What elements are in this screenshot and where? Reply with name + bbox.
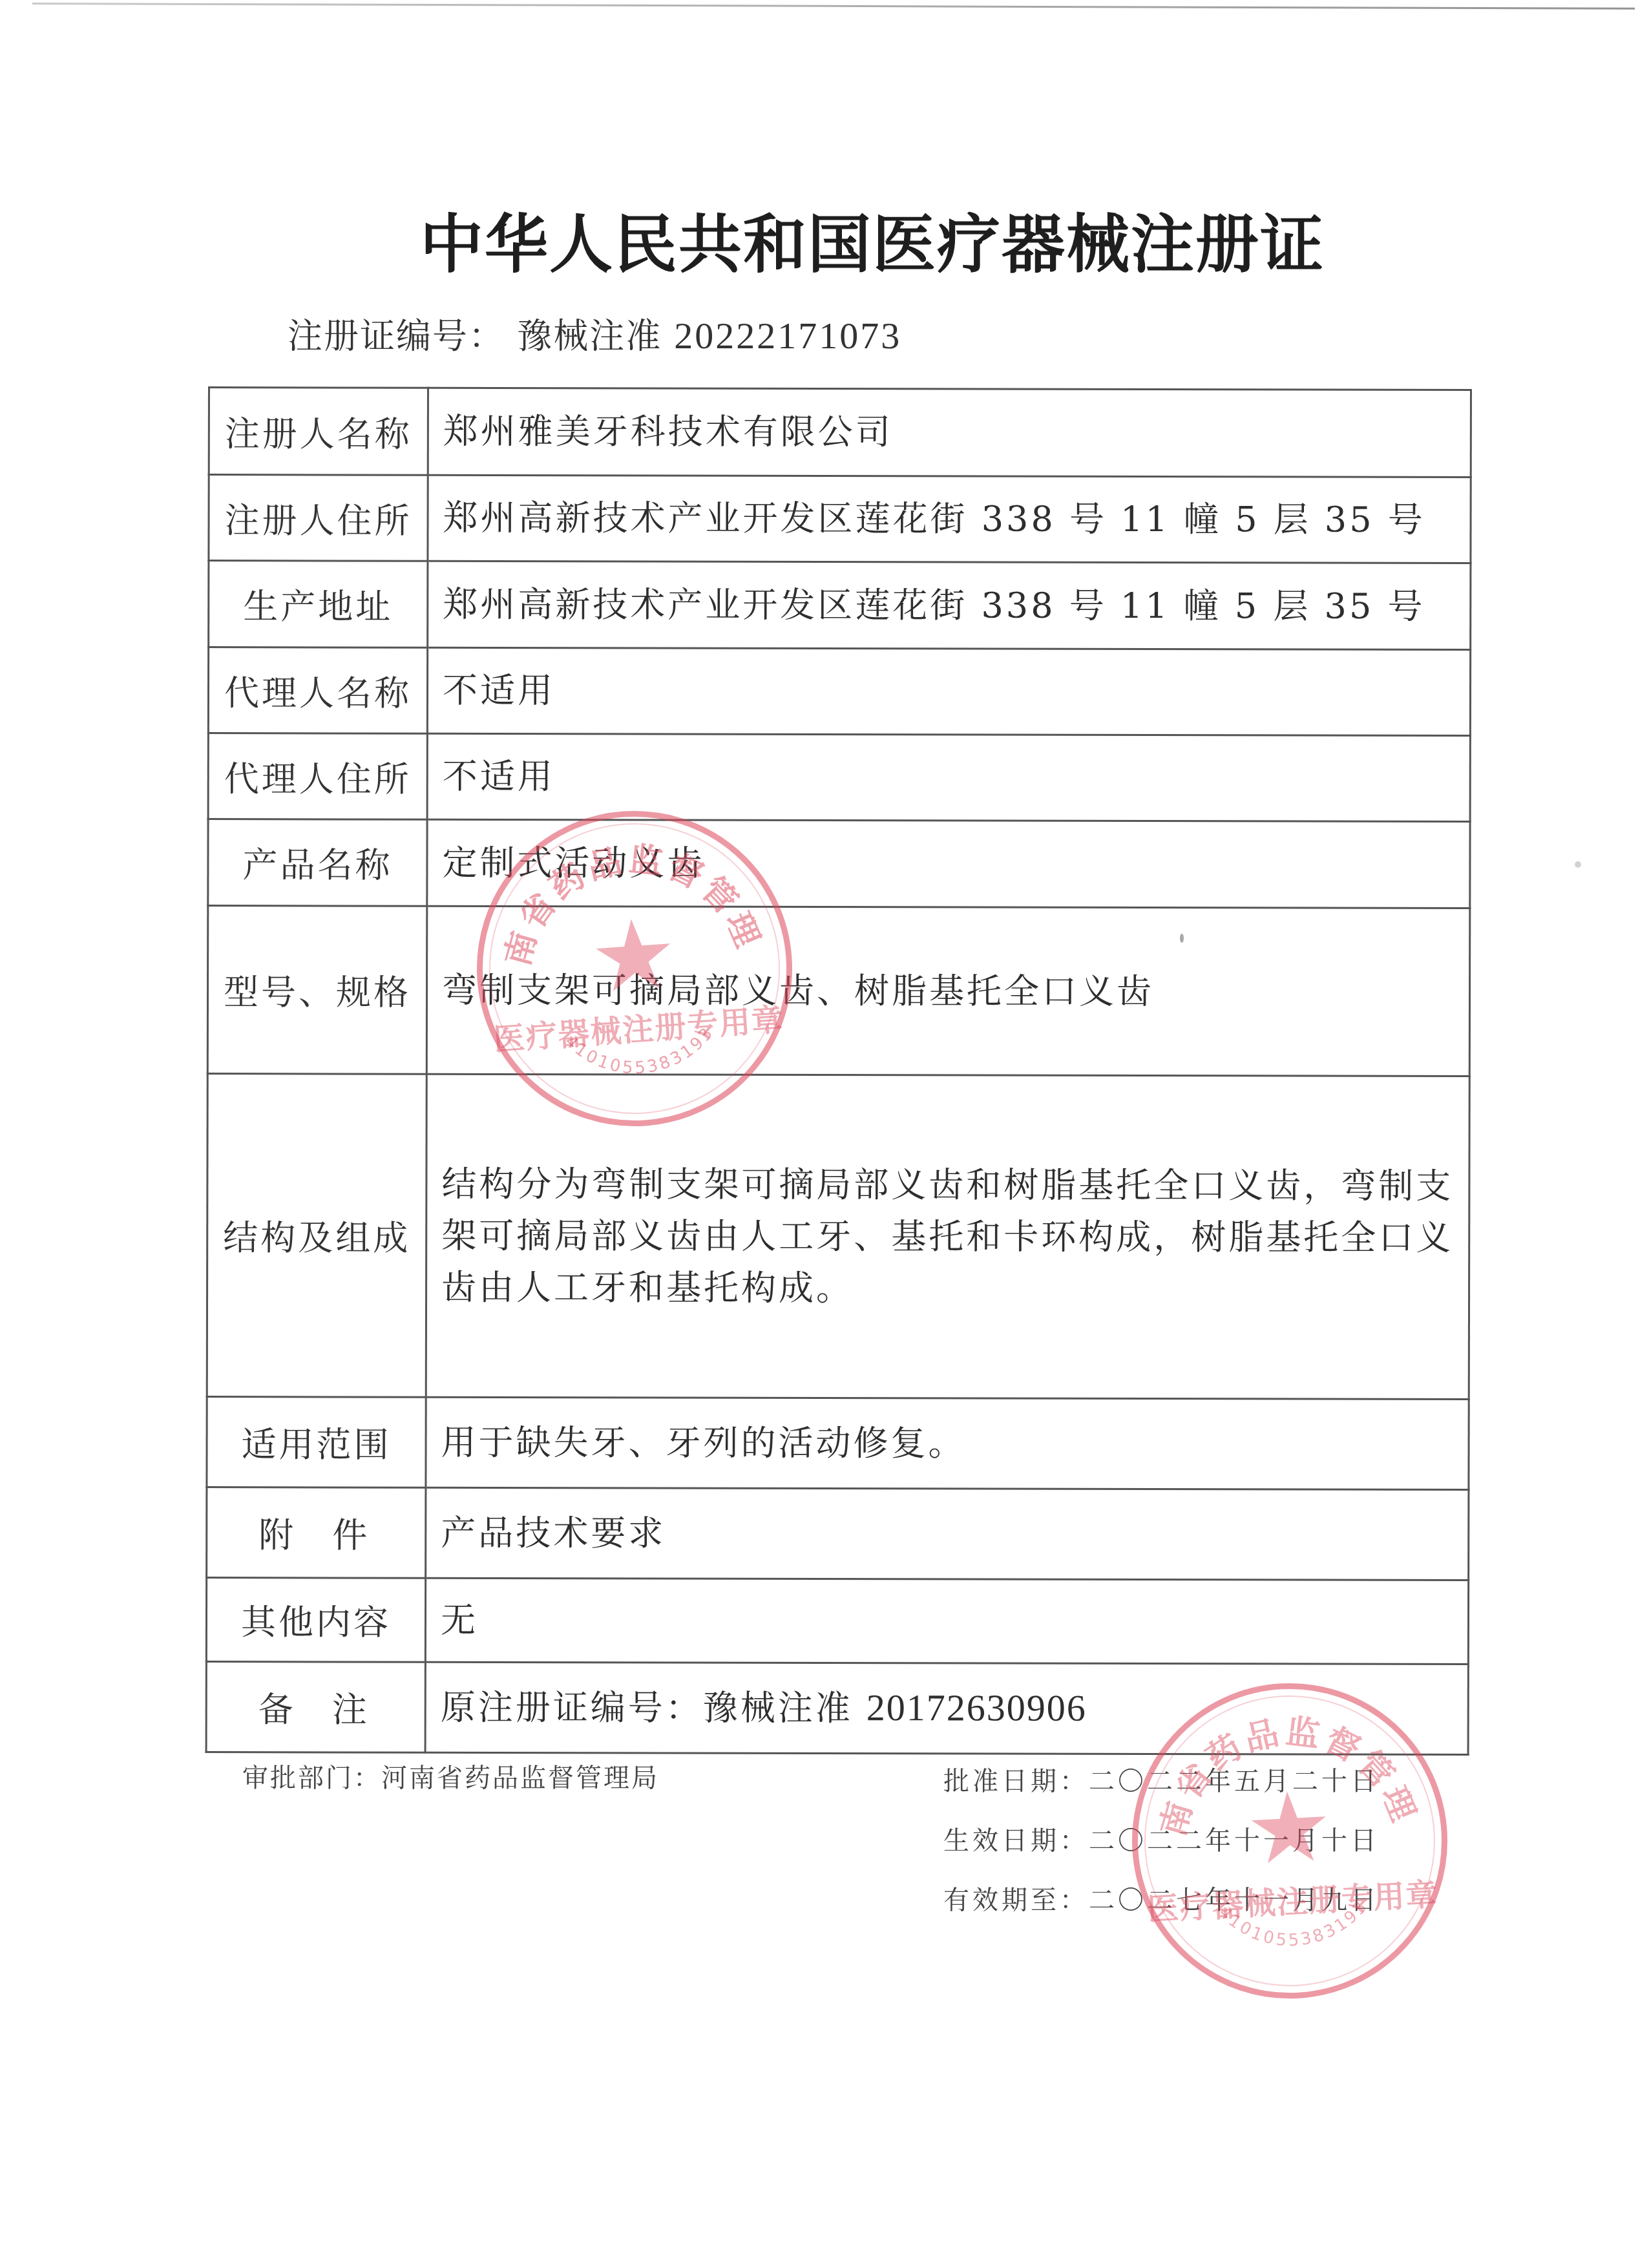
table-row-scope: 适用范围 用于缺失牙、牙列的活动修复。 (207, 1396, 1469, 1489)
effective-date: 生效日期：二〇二二年十一月十日 (943, 1820, 1380, 1880)
row-value: 原注册证编号：豫械注准 20172630906 (425, 1662, 1468, 1754)
row-label-text: 备注 (226, 1689, 406, 1730)
row-label: 其他内容 (206, 1577, 425, 1662)
row-value: 产品技术要求 (426, 1487, 1469, 1580)
row-label: 注册人住所 (209, 475, 428, 562)
table-row-other: 其他内容 无 (206, 1577, 1468, 1664)
registration-number-prefix: 豫械注准 (517, 316, 662, 357)
registration-number-value: 20222171073 (674, 315, 901, 357)
effective-date-value: 二〇二二年十一月十日 (1089, 1826, 1380, 1856)
row-value: 郑州高新技术产业开发区莲花街 338 号 11 幢 5 层 35 号 (428, 475, 1471, 563)
row-label: 结构及组成 (207, 1074, 426, 1398)
row-value: 郑州高新技术产业开发区莲花街 338 号 11 幢 5 层 35 号 (428, 561, 1471, 649)
table-row-registrant-name: 注册人名称 郑州雅美牙科技术有限公司 (209, 388, 1471, 478)
row-value: 不适用 (427, 733, 1470, 821)
table-row-agent-name: 代理人名称 不适用 (208, 647, 1470, 736)
footer-dates: 批准日期：二〇二二年五月二十日 生效日期：二〇二二年十一月十日 有效期至：二〇二… (943, 1761, 1380, 1939)
scan-speck (1575, 861, 1581, 868)
row-label: 产品名称 (208, 819, 427, 907)
document-title: 中华人民共和国医疗器械注册证 (420, 194, 1279, 285)
row-label: 备注 (206, 1661, 425, 1752)
original-regno-label: 原注册证编号： (441, 1687, 703, 1728)
row-label: 代理人住所 (208, 733, 427, 820)
effective-date-label: 生效日期： (943, 1826, 1089, 1856)
expiry-date: 有效期至：二〇二七年十一月九日 (943, 1880, 1380, 1939)
table-row-registrant-address: 注册人住所 郑州高新技术产业开发区莲花街 338 号 11 幢 5 层 35 号 (209, 475, 1471, 563)
row-value: 不适用 (427, 647, 1470, 735)
approval-date: 批准日期：二〇二二年五月二十日 (943, 1761, 1380, 1820)
row-value: 结构分为弯制支架可摘局部义齿和树脂基托全口义齿，弯制支架可摘局部义齿由人工牙、基… (426, 1074, 1469, 1399)
table-row-remarks: 备注 原注册证编号：豫械注准 20172630906 (206, 1661, 1468, 1754)
original-regno-prefix: 豫械注准 (703, 1688, 853, 1728)
table-row-product-name: 产品名称 定制式活动义齿 (208, 819, 1470, 908)
row-label: 注册人名称 (209, 388, 428, 476)
expiry-date-label: 有效期至： (943, 1885, 1089, 1915)
table-row-agent-address: 代理人住所 不适用 (208, 733, 1470, 822)
approval-department: 审批部门：河南省药品监督管理局 (242, 1758, 659, 1794)
approval-date-value: 二〇二二年五月二十日 (1089, 1767, 1380, 1796)
row-label: 生产地址 (209, 561, 428, 648)
row-value: 无 (425, 1578, 1468, 1664)
registration-number: 注册证编号： 豫械注准 20222171073 (288, 309, 901, 359)
scan-edge-line (32, 3, 1635, 10)
row-label-text: 附件 (226, 1515, 406, 1556)
row-label: 代理人名称 (208, 647, 427, 734)
certificate-table: 注册人名称 郑州雅美牙科技术有限公司 注册人住所 郑州高新技术产业开发区莲花街 … (205, 386, 1472, 1756)
row-value: 定制式活动义齿 (427, 819, 1470, 908)
approval-date-label: 批准日期： (943, 1767, 1089, 1796)
table-row-production-address: 生产地址 郑州高新技术产业开发区莲花街 338 号 11 幢 5 层 35 号 (209, 561, 1471, 650)
original-regno-number: 20172630906 (867, 1686, 1087, 1729)
row-value: 郑州雅美牙科技术有限公司 (428, 388, 1471, 477)
row-label: 型号、规格 (207, 906, 427, 1075)
row-label: 适用范围 (207, 1396, 426, 1487)
row-value: 用于缺失牙、牙列的活动修复。 (426, 1397, 1469, 1489)
registration-number-label: 注册证编号： (288, 316, 505, 357)
approval-department-value: 河南省药品监督管理局 (381, 1763, 659, 1793)
table-row-structure: 结构及组成 结构分为弯制支架可摘局部义齿和树脂基托全口义齿，弯制支架可摘局部义齿… (207, 1074, 1469, 1400)
row-label: 附件 (207, 1487, 426, 1578)
expiry-date-value: 二〇二七年十一月九日 (1089, 1885, 1380, 1915)
row-value: 弯制支架可摘局部义齿、树脂基托全口义齿 (426, 906, 1470, 1076)
approval-department-label: 审批部门： (242, 1763, 381, 1793)
table-row-model-spec: 型号、规格 弯制支架可摘局部义齿、树脂基托全口义齿 (207, 906, 1470, 1076)
scan-speck (1180, 934, 1184, 943)
table-row-attachment: 附件 产品技术要求 (207, 1487, 1469, 1580)
